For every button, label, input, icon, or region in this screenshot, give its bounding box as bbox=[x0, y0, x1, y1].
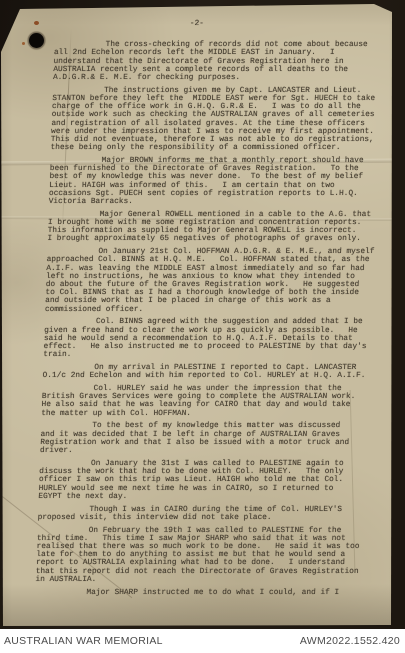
paragraph: Major General ROWELL mentioned in a cabl… bbox=[47, 211, 388, 244]
archive-reference: AWM2022.1552.420 bbox=[300, 635, 400, 647]
paragraph: The instructions given me by Capt. LANCA… bbox=[50, 87, 392, 153]
paragraph: Major BROWN informs me that a monthly re… bbox=[48, 157, 390, 206]
typed-text-block: -2- The cross-checking of records did no… bbox=[35, 20, 395, 601]
punch-hole bbox=[29, 33, 44, 48]
paragraph: Major SHARP instructed me to do what I c… bbox=[35, 589, 375, 597]
paragraph: To the best of my knowledge this matter … bbox=[40, 422, 381, 455]
paragraph: On January 21st Col. HOFFMAN A.D.G.R. & … bbox=[45, 248, 387, 314]
paragraph: The cross-checking of records did not co… bbox=[53, 41, 394, 82]
awm-caption-bar: AUSTRALIAN WAR MEMORIAL AWM2022.1552.420 bbox=[0, 629, 405, 653]
paragraph: On January the 31st I was called to PALE… bbox=[38, 460, 379, 501]
rust-stain bbox=[34, 21, 39, 25]
paragraph: Col. BINNS agreed with the suggestion an… bbox=[43, 318, 384, 359]
archive-scan-view: -2- The cross-checking of records did no… bbox=[0, 0, 405, 653]
archive-name: AUSTRALIAN WAR MEMORIAL bbox=[4, 635, 163, 647]
rust-stain bbox=[22, 42, 25, 45]
page-number: -2- bbox=[55, 20, 395, 28]
paragraph: Though I was in CAIRO during the time of… bbox=[37, 506, 378, 522]
paper-sheet: -2- The cross-checking of records did no… bbox=[0, 0, 405, 628]
paragraph: On February the 19th I was called to PAL… bbox=[35, 527, 377, 584]
paragraph: On my arrival in PALESTINE I reported to… bbox=[42, 364, 383, 380]
paragraph: Col. HURLEY said he was under the impres… bbox=[41, 385, 382, 418]
